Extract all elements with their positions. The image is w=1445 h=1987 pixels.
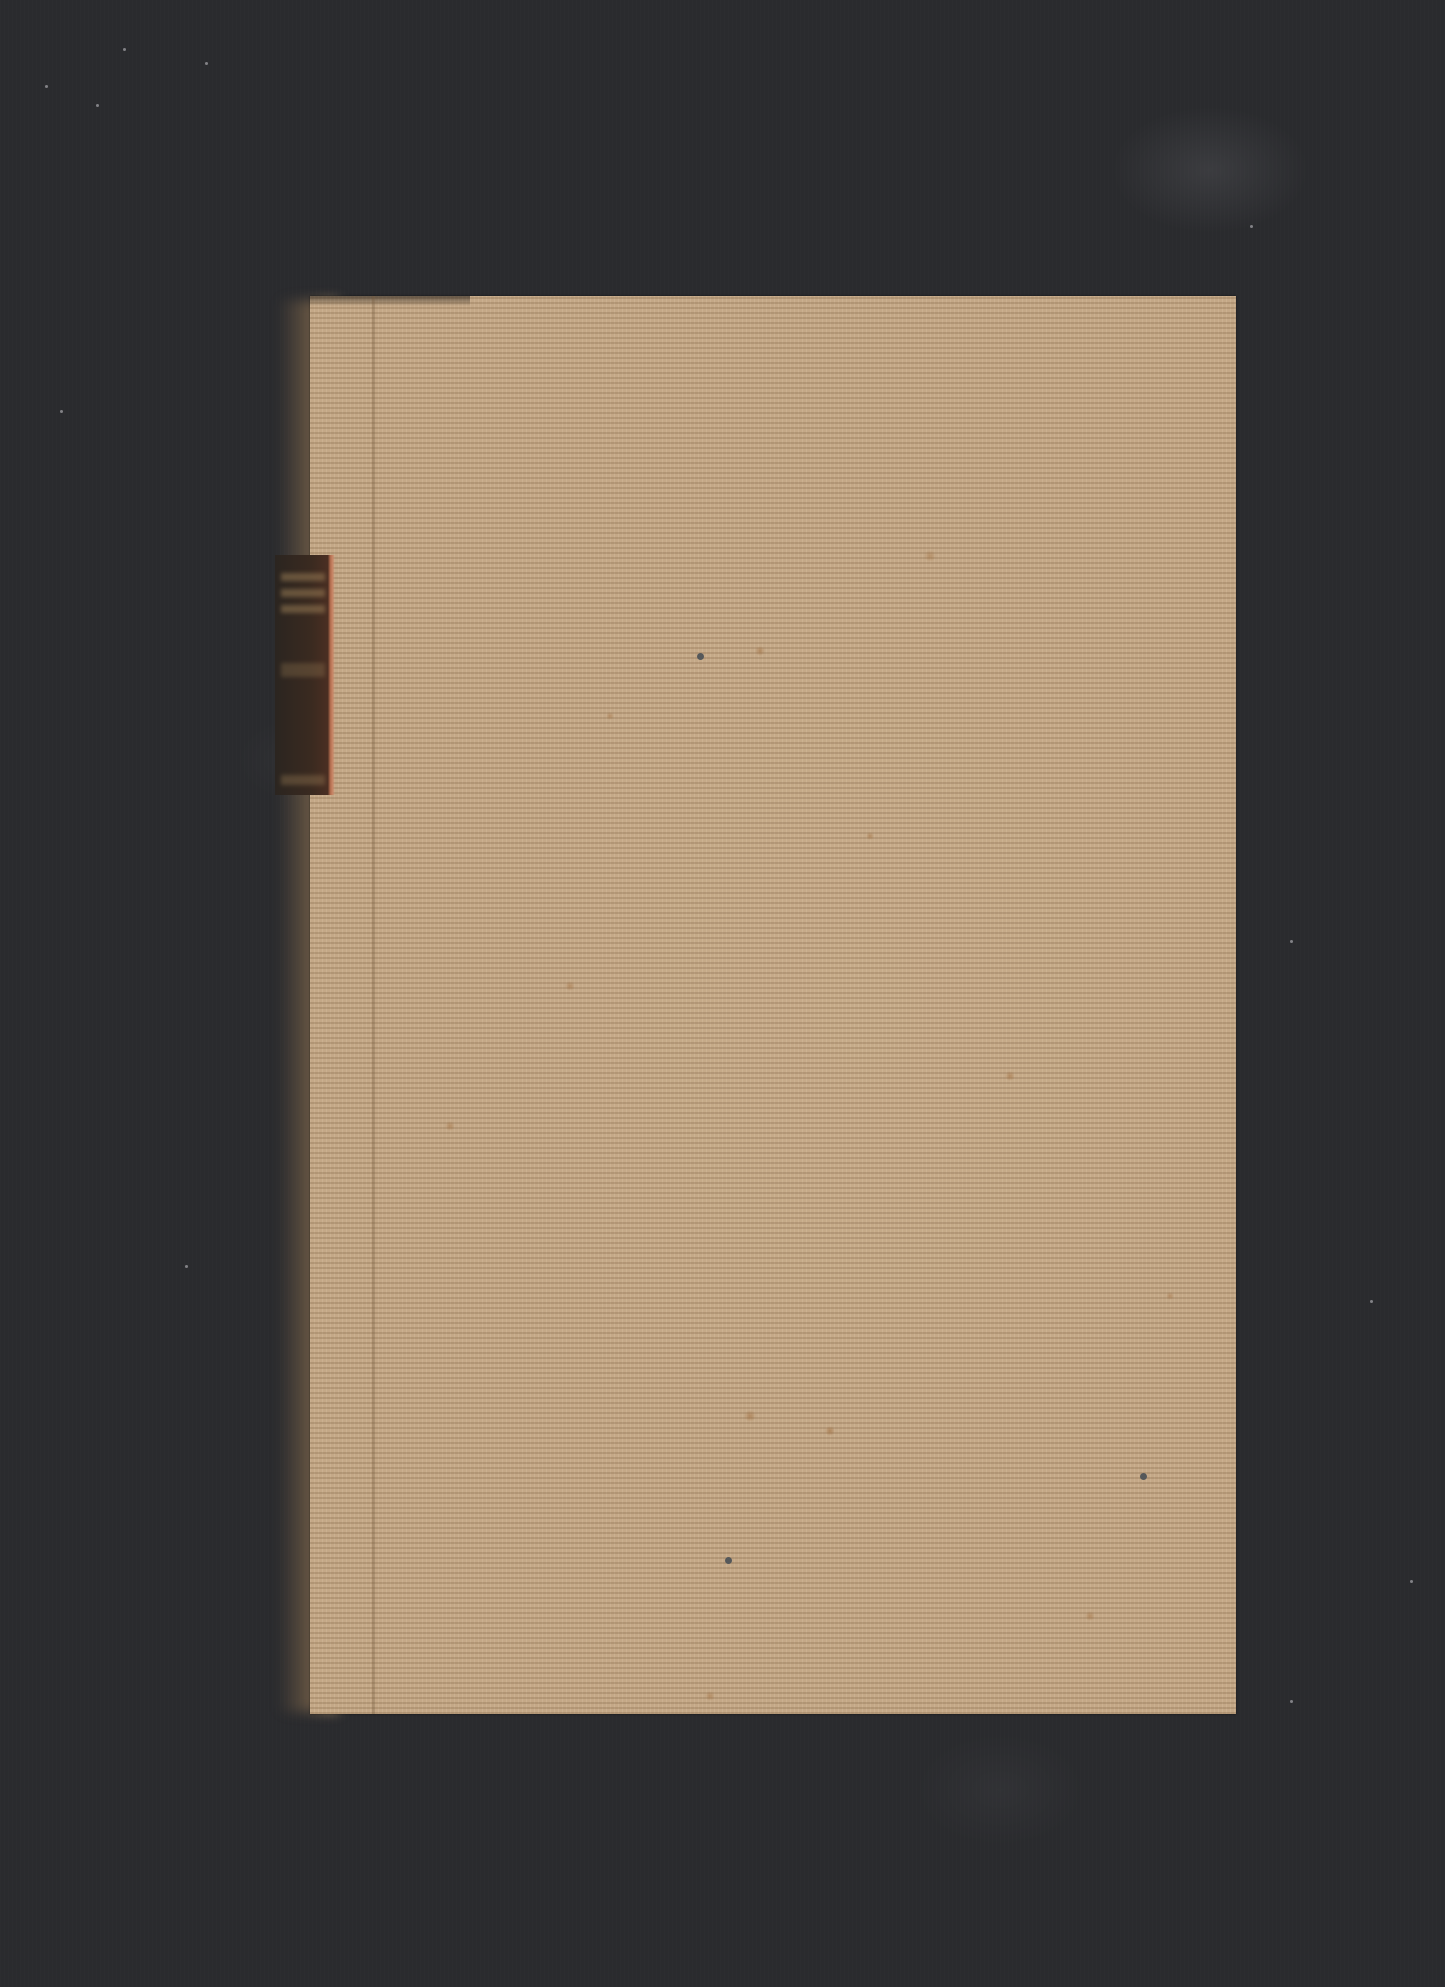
- dust-speck: [1290, 940, 1293, 943]
- spine-hinge: [372, 296, 375, 1714]
- spine-label: [275, 555, 335, 795]
- dust-speck: [123, 48, 126, 51]
- dust-speck: [1250, 225, 1253, 228]
- dust-speck: [205, 62, 208, 65]
- spine-band: [281, 775, 325, 785]
- cover-spot: [697, 653, 704, 660]
- cover-spot: [725, 1557, 732, 1564]
- dust-speck: [96, 104, 99, 107]
- spine-band: [281, 605, 325, 613]
- dust-speck: [1290, 1700, 1293, 1703]
- dust-speck: [45, 85, 48, 88]
- spine-band: [281, 589, 325, 597]
- dust-speck: [60, 410, 63, 413]
- dust-speck: [1370, 1300, 1373, 1303]
- book-cover: [310, 296, 1236, 1714]
- spine-band: [281, 663, 325, 677]
- spine-band: [281, 573, 325, 581]
- top-edge-shadow: [310, 296, 470, 306]
- cover-spot: [1140, 1473, 1147, 1480]
- photo-scene: [0, 0, 1445, 1987]
- dust-speck: [1410, 1580, 1413, 1583]
- dust-speck: [185, 1265, 188, 1268]
